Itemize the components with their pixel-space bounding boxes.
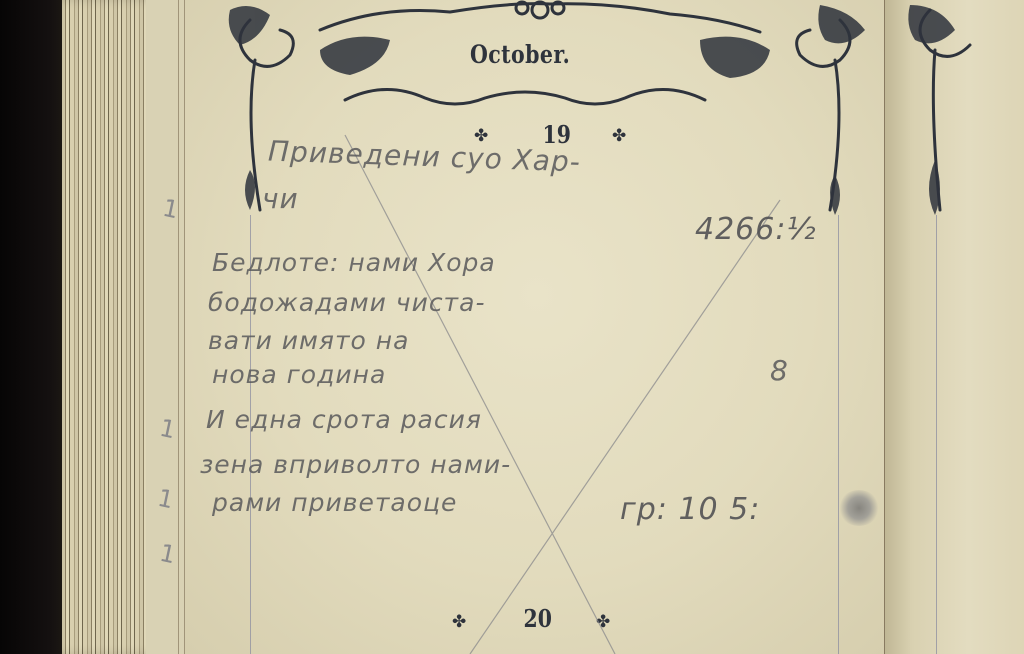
entry-line: рами приветаоце	[212, 488, 457, 517]
entry-line: нова година	[212, 360, 386, 389]
entry-line: чи	[262, 182, 299, 215]
pencil-smudge	[838, 490, 880, 526]
entry-line: И една срота расия	[206, 405, 482, 434]
entry-line: зена вприволто нами-	[200, 450, 511, 479]
entry-amount: гр: 10 5:	[620, 492, 760, 527]
entry-line: Бедлоте: нами Хора	[212, 248, 496, 277]
entry-amount: 4266:½	[695, 212, 817, 247]
pencil-cross-lines	[0, 0, 1024, 654]
entry-amount: 8	[770, 354, 789, 387]
entry-line: бодожадами чиста-	[208, 288, 485, 317]
entry-line: вати имято на	[208, 326, 409, 355]
